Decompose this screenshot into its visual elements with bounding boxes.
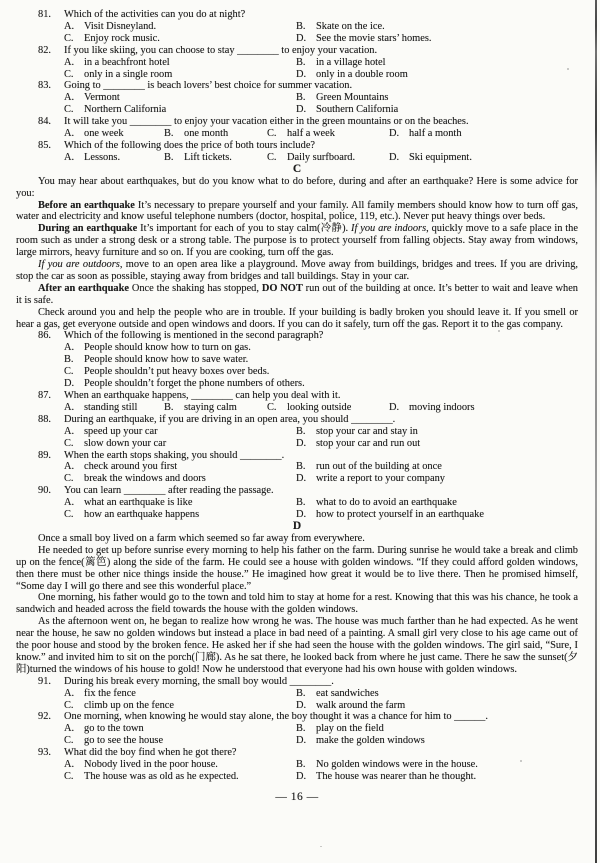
question-number: 83. [38, 80, 64, 92]
option: D.See the movie stars’ homes. [296, 33, 578, 45]
option-text: Visit Disneyland. [84, 21, 156, 32]
option: C.half a week [267, 128, 389, 140]
option: D.The house was nearer than he thought. [296, 771, 578, 783]
question: 82.If you like skiing, you can choose to… [38, 45, 578, 81]
exam-page: 81.Which of the activities can you do at… [16, 9, 578, 804]
question-line: 90.You can learn ________ after reading … [38, 485, 578, 497]
text-run: During an earthquake [38, 223, 137, 234]
option-text: standing still [84, 402, 137, 413]
option-label: C. [64, 438, 84, 450]
question-line: 91.During his break every morning, the s… [38, 676, 578, 688]
option: C.The house was as old as he expected. [64, 771, 296, 783]
option-label: D. [296, 700, 316, 712]
option-label: A. [64, 402, 84, 414]
question-stem: Going to ________ is beach lovers’ best … [64, 80, 578, 92]
option-text: how to protect yourself in an earthquake [316, 509, 484, 520]
option-label: D. [296, 438, 316, 450]
paragraph: Once a small boy lived on a farm which s… [16, 533, 578, 545]
text-run: Once the shaking has stopped, [129, 283, 262, 294]
option-text: stop your car and stay in [316, 426, 418, 437]
question-line: 88.During an earthquake, if you are driv… [38, 414, 578, 426]
option-label: D. [64, 378, 84, 390]
options-row: A.check around you firstB.run out of the… [64, 461, 578, 473]
options-row: C.The house was as old as he expected.D.… [64, 771, 578, 783]
option-label: B. [296, 723, 316, 735]
scan-noise-dot [540, 205, 542, 206]
option-text: what to do to avoid an earthquake [316, 497, 457, 508]
option-text: Vermont [84, 92, 120, 103]
scan-edge-artifact [595, 0, 597, 863]
question-number: 92. [38, 711, 64, 723]
paragraph: You may hear about earthquakes, but do y… [16, 176, 578, 200]
scan-noise-dot [567, 68, 569, 70]
options-row: C.how an earthquake happensD.how to prot… [64, 509, 578, 521]
option-text: make the golden windows [316, 735, 425, 746]
options-row: C.People shouldn’t put heavy boxes over … [64, 366, 578, 378]
options-row: C.Northern CaliforniaD.Southern Californ… [64, 104, 578, 116]
option-label: C. [267, 152, 287, 164]
option: D.walk around the farm [296, 700, 578, 712]
option-text: Lessons. [84, 152, 120, 163]
scan-noise-dot [556, 548, 558, 549]
text-run: It’s important for each of you to stay c… [137, 223, 351, 234]
options-row: C.climb up on the fenceD.walk around the… [64, 700, 578, 712]
option: A.check around you first [64, 461, 296, 473]
option-label: A. [64, 128, 84, 140]
question-number: 88. [38, 414, 64, 426]
option-text: in a village hotel [316, 57, 386, 68]
option: D.only in a double room [296, 69, 578, 81]
options-row: C.go to see the houseD.make the golden w… [64, 735, 578, 747]
option: A.Visit Disneyland. [64, 21, 296, 33]
option: B.one month [164, 128, 267, 140]
option-label: D. [389, 152, 409, 164]
option-label: A. [64, 759, 84, 771]
question-stem: Which of the following is mentioned in t… [64, 330, 578, 342]
option: C.only in a single room [64, 69, 296, 81]
question: 88.During an earthquake, if you are driv… [38, 414, 578, 450]
text-run: If you are outdoors [38, 259, 120, 270]
option-label: B. [64, 354, 84, 366]
question: 93.What did the boy find when he got the… [38, 747, 578, 783]
text-run: Check around you and help the people who… [16, 307, 578, 330]
option-text: only in a single room [84, 69, 172, 80]
option-label: A. [64, 92, 84, 104]
option: D.write a report to your company [296, 473, 578, 485]
option-text: staying calm [184, 402, 237, 413]
question-number: 84. [38, 116, 64, 128]
option-label: C. [64, 366, 84, 378]
option: B.what to do to avoid an earthquake [296, 497, 578, 509]
scan-noise-dot [498, 330, 500, 332]
option: D.moving indoors [389, 402, 578, 414]
question-line: 93.What did the boy find when he got the… [38, 747, 578, 759]
option-label: A. [64, 497, 84, 509]
question-line: 84.It will take you ________ to enjoy yo… [38, 116, 578, 128]
paragraph: Check around you and help the people who… [16, 307, 578, 331]
option-text: in a beachfront hotel [84, 57, 170, 68]
options-row: A.speed up your carB.stop your car and s… [64, 426, 578, 438]
options-row: A.one weekB.one monthC.half a weekD.half… [64, 128, 578, 140]
text-run: DO NOT [262, 283, 303, 294]
question-stem: When an earthquake happens, ________ can… [64, 390, 578, 402]
option-text: write a report to your company [316, 473, 445, 484]
paragraph: Before an earthquake It’s necessary to p… [16, 200, 578, 224]
question-line: 85.Which of the following does the price… [38, 140, 578, 152]
option: A.People should know how to turn on gas. [64, 342, 578, 354]
question-stem: One morning, when knowing he would stay … [64, 711, 578, 723]
option-text: break the windows and doors [84, 473, 206, 484]
text-run: You may hear about earthquakes, but do y… [16, 176, 578, 199]
options-row: C.break the windows and doorsD.write a r… [64, 473, 578, 485]
options-row: A.in a beachfront hotelB.in a village ho… [64, 57, 578, 69]
option: C.break the windows and doors [64, 473, 296, 485]
question: 92.One morning, when knowing he would st… [38, 711, 578, 747]
question-line: 82.If you like skiing, you can choose to… [38, 45, 578, 57]
option-label: C. [64, 69, 84, 81]
options-row: A.standing stillB.staying calmC.looking … [64, 402, 578, 414]
option-label: B. [296, 57, 316, 69]
option: B.People should know how to save water. [64, 354, 578, 366]
option: C.Northern California [64, 104, 296, 116]
option-label: B. [164, 402, 184, 414]
options-row: A.Nobody lived in the poor house.B.No go… [64, 759, 578, 771]
options-row: C.slow down your carD.stop your car and … [64, 438, 578, 450]
option-text: what an earthquake is like [84, 497, 192, 508]
question-stem: It will take you ________ to enjoy your … [64, 116, 578, 128]
option-text: walk around the farm [316, 700, 405, 711]
option: A.go to the town [64, 723, 296, 735]
option-text: how an earthquake happens [84, 509, 199, 520]
option-label: C. [64, 700, 84, 712]
question-number: 81. [38, 9, 64, 21]
option-label: A. [64, 152, 84, 164]
option: D.how to protect yourself in an earthqua… [296, 509, 578, 521]
option-label: B. [296, 92, 316, 104]
question-number: 85. [38, 140, 64, 152]
option-label: B. [296, 426, 316, 438]
question-number: 89. [38, 450, 64, 462]
option-label: A. [64, 688, 84, 700]
option-label: B. [296, 688, 316, 700]
option-label: A. [64, 461, 84, 473]
option: B.Green Mountains [296, 92, 578, 104]
paragraph: During an earthquake It’s important for … [16, 223, 578, 259]
option: D.half a month [389, 128, 578, 140]
option-text: Lift tickets. [184, 152, 232, 163]
question-stem: What did the boy find when he got there? [64, 747, 578, 759]
options-row: C.only in a single roomD.only in a doubl… [64, 69, 578, 81]
option-label: C. [64, 104, 84, 116]
option-text: Green Mountains [316, 92, 388, 103]
section-header: D [16, 521, 578, 533]
option-label: C. [64, 33, 84, 45]
option: B.eat sandwiches [296, 688, 578, 700]
text-run: If you are indoors [351, 223, 426, 234]
option-text: People should know how to turn on gas. [84, 342, 251, 353]
question: 90.You can learn ________ after reading … [38, 485, 578, 521]
section-header: C [16, 164, 578, 176]
option: A.Lessons. [64, 152, 164, 164]
text-run: Before an earthquake [38, 200, 135, 211]
option: C.People shouldn’t put heavy boxes over … [64, 366, 578, 378]
options-row: B.People should know how to save water. [64, 354, 578, 366]
option-label: C. [64, 735, 84, 747]
options-row: A.Lessons.B.Lift tickets.C.Daily surfboa… [64, 152, 578, 164]
option-text: Nobody lived in the poor house. [84, 759, 218, 770]
question-stem: Which of the following does the price of… [64, 140, 578, 152]
scan-noise-dot [320, 846, 322, 847]
option: A.Nobody lived in the poor house. [64, 759, 296, 771]
option-label: D. [389, 128, 409, 140]
option-label: A. [64, 342, 84, 354]
question-number: 87. [38, 390, 64, 402]
options-row: A.People should know how to turn on gas. [64, 342, 578, 354]
option: C.how an earthquake happens [64, 509, 296, 521]
option-text: play on the field [316, 723, 384, 734]
option: D.Ski equipment. [389, 152, 578, 164]
question-stem: You can learn ________ after reading the… [64, 485, 578, 497]
option-label: C. [64, 473, 84, 485]
options-row: A.go to the townB.play on the field [64, 723, 578, 735]
option: C.go to see the house [64, 735, 296, 747]
option-text: Enjoy rock music. [84, 33, 160, 44]
option-text: run out of the building at once [316, 461, 442, 472]
question: 86.Which of the following is mentioned i… [38, 330, 578, 390]
option: A.standing still [64, 402, 164, 414]
option: B.No golden windows were in the house. [296, 759, 578, 771]
question: 81.Which of the activities can you do at… [38, 9, 578, 45]
text-run: Once a small boy lived on a farm which s… [38, 533, 365, 544]
option-text: speed up your car [84, 426, 158, 437]
options-row: A.Visit Disneyland.B.Skate on the ice. [64, 21, 578, 33]
option-label: B. [296, 461, 316, 473]
option-label: A. [64, 426, 84, 438]
option-label: C. [64, 509, 84, 521]
option-label: C. [64, 771, 84, 783]
option: A.one week [64, 128, 164, 140]
option-text: The house was nearer than he thought. [316, 771, 476, 782]
option-text: People shouldn’t forget the phone number… [84, 378, 305, 389]
question-stem: If you like skiing, you can choose to st… [64, 45, 578, 57]
option-text: eat sandwiches [316, 688, 379, 699]
exam-content: 81.Which of the activities can you do at… [16, 9, 578, 783]
option-label: D. [296, 104, 316, 116]
options-row: A.what an earthquake is likeB.what to do… [64, 497, 578, 509]
option-text: go to see the house [84, 735, 163, 746]
option: D.stop your car and run out [296, 438, 578, 450]
question-number: 93. [38, 747, 64, 759]
page-number: — 16 — [16, 792, 578, 804]
option: A.what an earthquake is like [64, 497, 296, 509]
option-text: fix the fence [84, 688, 136, 699]
paragraph: If you are outdoors, move to an open are… [16, 259, 578, 283]
option-label: A. [64, 21, 84, 33]
question-stem: During an earthquake, if you are driving… [64, 414, 578, 426]
option-text: looking outside [287, 402, 351, 413]
option-text: Daily surfboard. [287, 152, 355, 163]
option: D.make the golden windows [296, 735, 578, 747]
option-text: No golden windows were in the house. [316, 759, 478, 770]
option: B.Skate on the ice. [296, 21, 578, 33]
question-number: 82. [38, 45, 64, 57]
option-text: one month [184, 128, 228, 139]
option-text: slow down your car [84, 438, 166, 449]
question-line: 83.Going to ________ is beach lovers’ be… [38, 80, 578, 92]
text-run: As the afternoon went on, he began to re… [16, 616, 578, 675]
paragraph: As the afternoon went on, he began to re… [16, 616, 578, 676]
option-label: D. [296, 771, 316, 783]
option-text: The house was as old as he expected. [84, 771, 239, 782]
option-text: half a week [287, 128, 335, 139]
paragraph: He needed to get up before sunrise every… [16, 545, 578, 593]
option-label: D. [296, 473, 316, 485]
option: C.climb up on the fence [64, 700, 296, 712]
question-line: 89.When the earth stops shaking, you sho… [38, 450, 578, 462]
option: B.staying calm [164, 402, 267, 414]
text-run: After an earthquake [38, 283, 129, 294]
question-stem: Which of the activities can you do at ni… [64, 9, 578, 21]
option-text: check around you first [84, 461, 177, 472]
question: 85.Which of the following does the price… [38, 140, 578, 164]
question-number: 86. [38, 330, 64, 342]
option-label: B. [296, 497, 316, 509]
option: B.run out of the building at once [296, 461, 578, 473]
option: B.play on the field [296, 723, 578, 735]
question-number: 90. [38, 485, 64, 497]
option: C.slow down your car [64, 438, 296, 450]
option-label: B. [164, 152, 184, 164]
paragraph: After an earthquake Once the shaking has… [16, 283, 578, 307]
option-text: go to the town [84, 723, 144, 734]
option-text: one week [84, 128, 124, 139]
option: C.Daily surfboard. [267, 152, 389, 164]
option-label: B. [296, 759, 316, 771]
option: C.looking outside [267, 402, 389, 414]
option-label: B. [296, 21, 316, 33]
option-label: D. [296, 69, 316, 81]
option-text: only in a double room [316, 69, 408, 80]
question-stem: During his break every morning, the smal… [64, 676, 578, 688]
options-row: A.fix the fenceB.eat sandwiches [64, 688, 578, 700]
option: D.People shouldn’t forget the phone numb… [64, 378, 578, 390]
option-label: D. [296, 33, 316, 45]
question: 87.When an earthquake happens, ________ … [38, 390, 578, 414]
option-text: Ski equipment. [409, 152, 472, 163]
option: A.Vermont [64, 92, 296, 104]
question-line: 87.When an earthquake happens, ________ … [38, 390, 578, 402]
option-text: Northern California [84, 104, 166, 115]
option-label: C. [267, 128, 287, 140]
question: 84.It will take you ________ to enjoy yo… [38, 116, 578, 140]
question-number: 91. [38, 676, 64, 688]
option-label: A. [64, 723, 84, 735]
option-label: B. [164, 128, 184, 140]
option-text: stop your car and run out [316, 438, 420, 449]
options-row: C.Enjoy rock music.D.See the movie stars… [64, 33, 578, 45]
question: 91.During his break every morning, the s… [38, 676, 578, 712]
option: B.stop your car and stay in [296, 426, 578, 438]
option: D.Southern California [296, 104, 578, 116]
option-label: A. [64, 57, 84, 69]
question: 83.Going to ________ is beach lovers’ be… [38, 80, 578, 116]
option-text: Southern California [316, 104, 398, 115]
option: B.Lift tickets. [164, 152, 267, 164]
options-row: D.People shouldn’t forget the phone numb… [64, 378, 578, 390]
option-label: D. [389, 402, 409, 414]
option-label: D. [296, 735, 316, 747]
option-text: half a month [409, 128, 462, 139]
options-row: A.VermontB.Green Mountains [64, 92, 578, 104]
option-text: People should know how to save water. [84, 354, 248, 365]
option: A.fix the fence [64, 688, 296, 700]
option-text: See the movie stars’ homes. [316, 33, 432, 44]
question-line: 86.Which of the following is mentioned i… [38, 330, 578, 342]
text-run: He needed to get up before sunrise every… [16, 545, 578, 592]
question-stem: When the earth stops shaking, you should… [64, 450, 578, 462]
option-text: climb up on the fence [84, 700, 174, 711]
question-line: 81.Which of the activities can you do at… [38, 9, 578, 21]
option: C.Enjoy rock music. [64, 33, 296, 45]
option-text: People shouldn’t put heavy boxes over be… [84, 366, 269, 377]
scan-noise-dot [520, 760, 522, 762]
option: B.in a village hotel [296, 57, 578, 69]
option-text: moving indoors [409, 402, 475, 413]
paragraph: One morning, his father would go to the … [16, 592, 578, 616]
option-text: Skate on the ice. [316, 21, 385, 32]
option: A.speed up your car [64, 426, 296, 438]
text-run: One morning, his father would go to the … [16, 592, 578, 615]
question: 89.When the earth stops shaking, you sho… [38, 450, 578, 486]
question-line: 92.One morning, when knowing he would st… [38, 711, 578, 723]
option-label: C. [267, 402, 287, 414]
option: A.in a beachfront hotel [64, 57, 296, 69]
